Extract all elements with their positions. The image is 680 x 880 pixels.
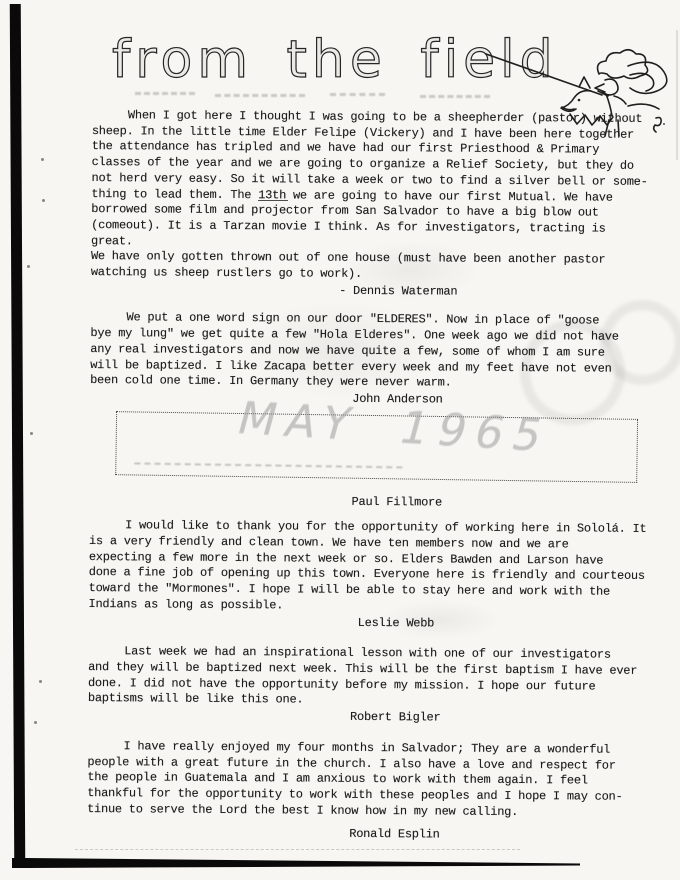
signature-leslie-webb: Leslie Webb: [88, 614, 648, 634]
title-smudge: [330, 93, 385, 96]
scan-speck: [41, 158, 44, 161]
scan-speck: [42, 199, 45, 202]
paragraph-leslie-webb: I would like to thank you for the opport…: [88, 518, 649, 616]
date-stamp: MAY 1965: [237, 411, 553, 445]
title-smudge: [215, 94, 305, 97]
signature-paul-fillmore: Paul Fillmore: [89, 493, 649, 513]
paragraph-robert-bigler: Last week we had an inspirational lesson…: [88, 644, 648, 711]
title-smudge: [135, 92, 195, 95]
scan-speck: [39, 680, 42, 683]
letter-body: When I got here I thought I was going to…: [87, 108, 652, 845]
scan-speck: [27, 265, 30, 268]
scan-speck: [30, 432, 33, 435]
stamp-baseline: [134, 462, 402, 468]
scanned-newsletter-page: from the field When I: [0, 0, 680, 880]
scan-faint-line: [75, 849, 520, 850]
paragraph-john-anderson: We put a one word sign on our door "ELDE…: [90, 310, 651, 392]
paragraph-dennis-waterman: When I got here I thought I was going to…: [91, 108, 652, 285]
paragraph-ronald-esplin: I have really enjoyed my four months in …: [87, 739, 648, 821]
underline-13th: [258, 200, 288, 201]
scan-speck: [34, 721, 37, 724]
signature-dennis-waterman: - Dennis Waterman: [91, 282, 651, 302]
signature-robert-bigler: Robert Bigler: [88, 708, 648, 728]
date-stamp-box: MAY 1965: [115, 411, 638, 483]
